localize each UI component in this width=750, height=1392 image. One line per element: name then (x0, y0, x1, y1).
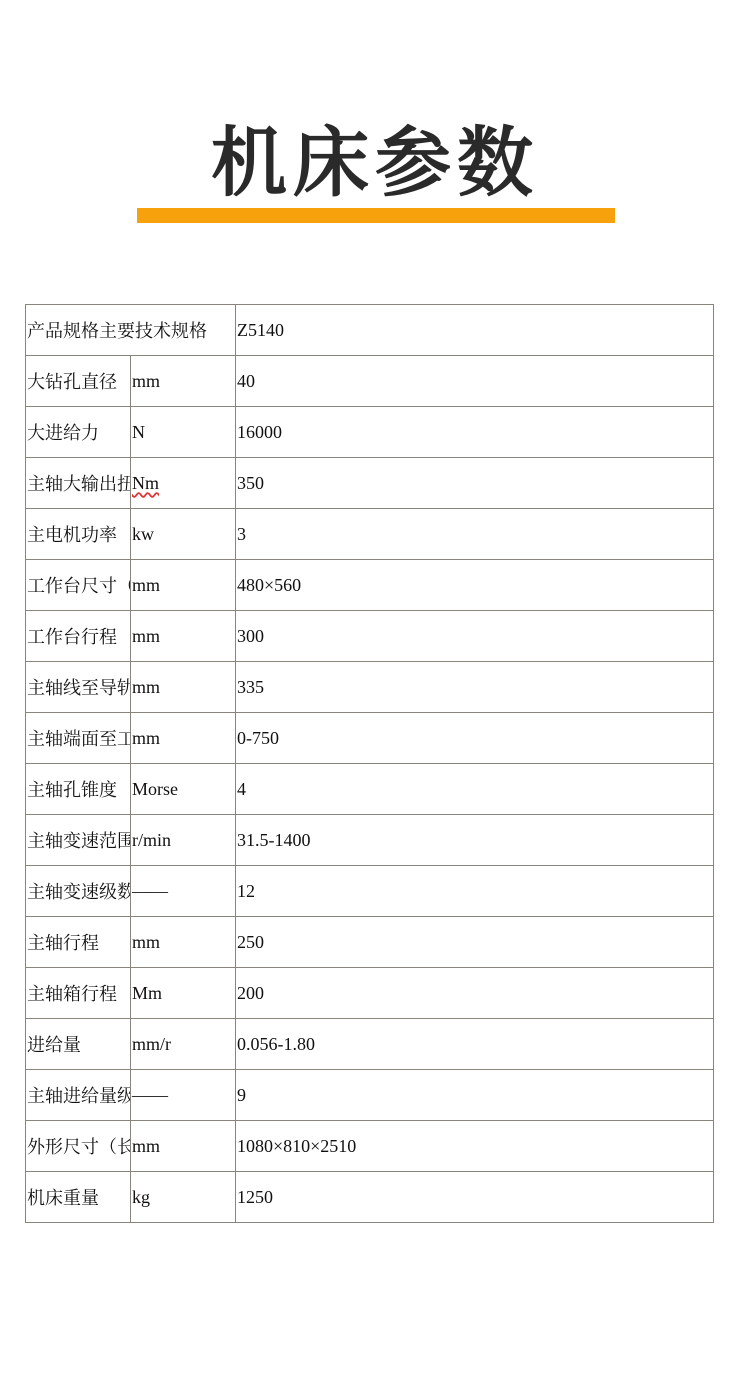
spec-name: 主轴箱行程 (26, 968, 131, 1019)
spec-value: 0-750 (236, 713, 714, 764)
spec-value: 9 (236, 1070, 714, 1121)
table-row: 机床重量kg1250 (26, 1172, 714, 1223)
spec-unit: mm (131, 662, 236, 713)
spec-unit: mm (131, 560, 236, 611)
spec-unit: r/min (131, 815, 236, 866)
spec-table: 产品规格主要技术规格 Z5140 大钻孔直径mm40大进给力N16000主轴大输… (25, 304, 714, 1223)
spec-name: 主轴线至导轨面距离 (26, 662, 131, 713)
spec-name: 外形尺寸（长×宽×高） (26, 1121, 131, 1172)
spec-value: 3 (236, 509, 714, 560)
spec-name: 主轴变速范围 (26, 815, 131, 866)
spec-name: 主轴行程 (26, 917, 131, 968)
spec-header-label: 产品规格主要技术规格 (26, 305, 236, 356)
title-underline-bar (137, 208, 615, 223)
spec-value: 1250 (236, 1172, 714, 1223)
spec-value: 12 (236, 866, 714, 917)
table-row: 主轴孔锥度Morse4 (26, 764, 714, 815)
spec-name: 主轴端面至工作台距离 (26, 713, 131, 764)
spec-unit: Mm (131, 968, 236, 1019)
spec-unit: Nm (131, 458, 236, 509)
spec-unit: mm (131, 356, 236, 407)
spec-name: 工作台行程 (26, 611, 131, 662)
spec-value: 31.5-1400 (236, 815, 714, 866)
spec-unit: kg (131, 1172, 236, 1223)
spec-value: 250 (236, 917, 714, 968)
table-row: 主轴箱行程Mm200 (26, 968, 714, 1019)
table-row: 主电机功率kw3 (26, 509, 714, 560)
spec-value: 16000 (236, 407, 714, 458)
table-row: 工作台行程mm300 (26, 611, 714, 662)
spec-name: 进给量 (26, 1019, 131, 1070)
spec-unit: kw (131, 509, 236, 560)
table-row: 主轴大输出扭矩Nm350 (26, 458, 714, 509)
spec-model-value: Z5140 (236, 305, 714, 356)
spec-unit: —— (131, 866, 236, 917)
spec-value: 350 (236, 458, 714, 509)
table-header-row: 产品规格主要技术规格 Z5140 (26, 305, 714, 356)
table-row: 工作台尺寸（长×宽）mm480×560 (26, 560, 714, 611)
spec-unit: —— (131, 1070, 236, 1121)
spec-name: 主轴孔锥度 (26, 764, 131, 815)
spec-name: 大钻孔直径 (26, 356, 131, 407)
spec-value: 40 (236, 356, 714, 407)
table-row: 主轴变速范围r/min31.5-1400 (26, 815, 714, 866)
spec-value: 1080×810×2510 (236, 1121, 714, 1172)
spec-name: 大进给力 (26, 407, 131, 458)
spec-name: 机床重量 (26, 1172, 131, 1223)
spec-unit: mm/r (131, 1019, 236, 1070)
spec-value: 335 (236, 662, 714, 713)
spec-unit: Morse (131, 764, 236, 815)
spec-value: 200 (236, 968, 714, 1019)
table-row: 外形尺寸（长×宽×高）mm1080×810×2510 (26, 1121, 714, 1172)
page-title: 机床参数 (0, 118, 750, 208)
table-row: 大进给力N16000 (26, 407, 714, 458)
spec-unit: mm (131, 917, 236, 968)
spec-name: 工作台尺寸（长×宽） (26, 560, 131, 611)
spec-name: 主轴变速级数 (26, 866, 131, 917)
spec-value: 480×560 (236, 560, 714, 611)
table-row: 主轴进给量级数——9 (26, 1070, 714, 1121)
spec-unit: mm (131, 1121, 236, 1172)
spec-value: 0.056-1.80 (236, 1019, 714, 1070)
table-row: 主轴线至导轨面距离mm335 (26, 662, 714, 713)
table-row: 大钻孔直径mm40 (26, 356, 714, 407)
spec-unit: N (131, 407, 236, 458)
spec-name: 主轴进给量级数 (26, 1070, 131, 1121)
spec-name: 主轴大输出扭矩 (26, 458, 131, 509)
table-row: 主轴变速级数——12 (26, 866, 714, 917)
spell-check-underline: Nm (132, 473, 159, 493)
table-row: 主轴行程mm250 (26, 917, 714, 968)
spec-name: 主电机功率 (26, 509, 131, 560)
spec-unit: mm (131, 611, 236, 662)
spec-value: 300 (236, 611, 714, 662)
spec-unit: mm (131, 713, 236, 764)
table-row: 进给量mm/r0.056-1.80 (26, 1019, 714, 1070)
spec-value: 4 (236, 764, 714, 815)
table-row: 主轴端面至工作台距离mm0-750 (26, 713, 714, 764)
